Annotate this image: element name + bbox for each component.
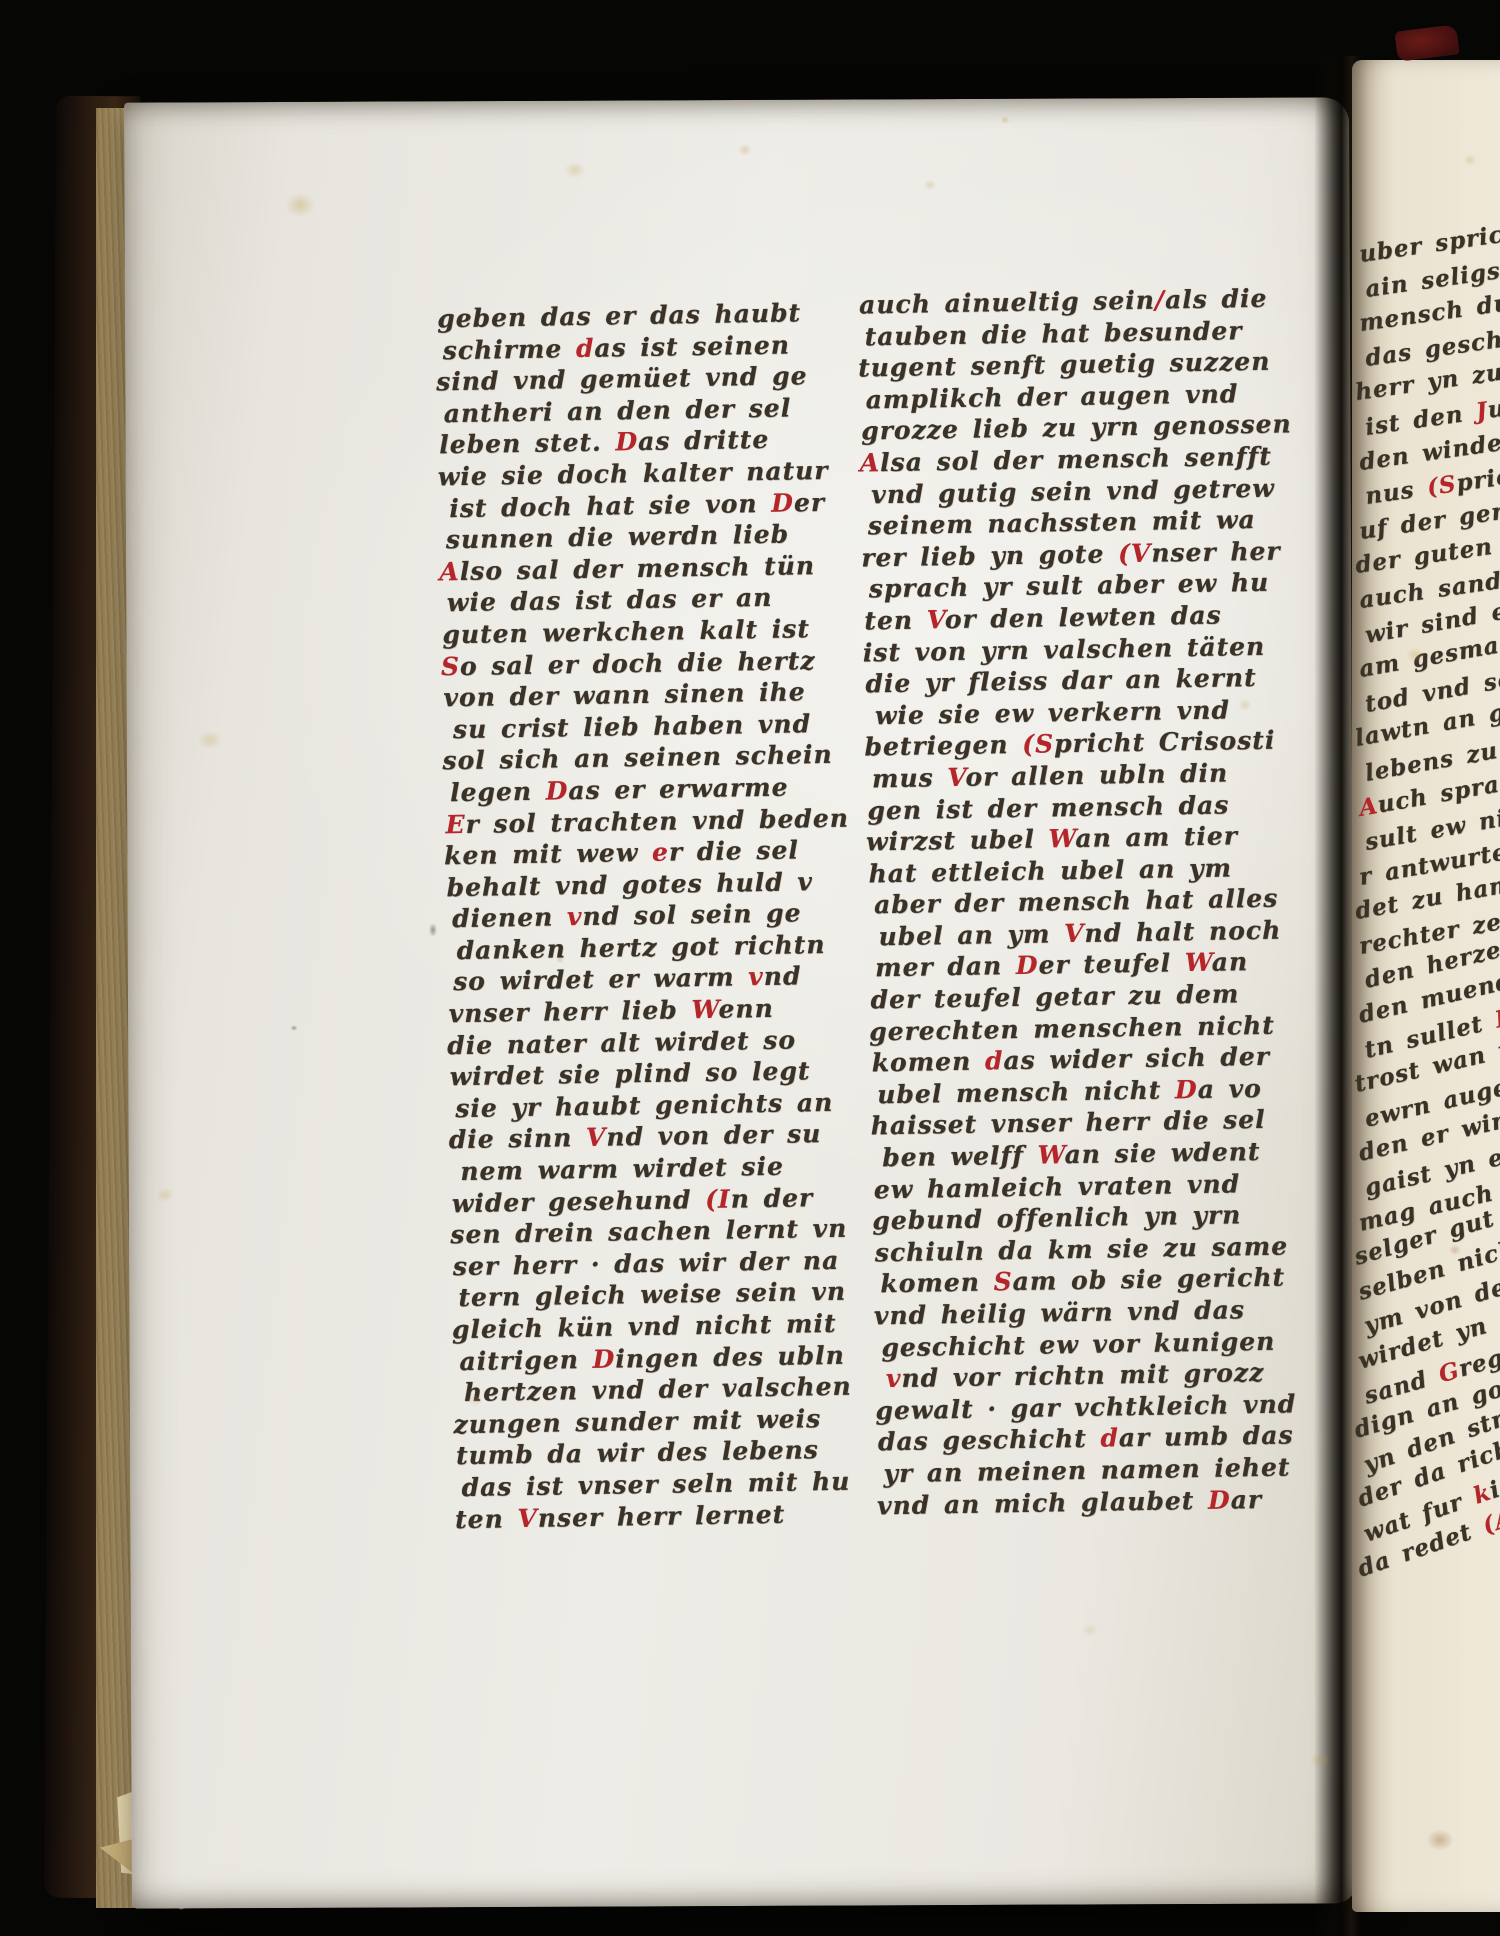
manuscript-photo: geben das er das haubtschirme das ist se… (0, 0, 1500, 1936)
manuscript-line: ten Vnser herr lernet (455, 1497, 849, 1535)
text-column-right: auch ainueltig sein/als dietauben die ha… (859, 282, 1331, 1521)
right-page-text: uber spricht (Bedaain seligs vnrecht dam… (1360, 238, 1500, 1587)
manuscript-line: so wirdet er warm vnd (453, 960, 840, 998)
manuscript-line: vnd an mich glaubet Dar (877, 1482, 1331, 1521)
manuscript-line: die sinn Vnd von der su (449, 1118, 843, 1156)
endband (1394, 24, 1459, 61)
manuscript-line: das ist vnser seln mit hu (461, 1466, 848, 1504)
text-column-left: geben das er das haubtschirme das ist se… (437, 297, 849, 1535)
right-manuscript-page: uber spricht (Bedaain seligs vnrecht dam… (1352, 60, 1500, 1912)
left-manuscript-page: geben das er das haubtschirme das ist se… (124, 97, 1357, 1908)
